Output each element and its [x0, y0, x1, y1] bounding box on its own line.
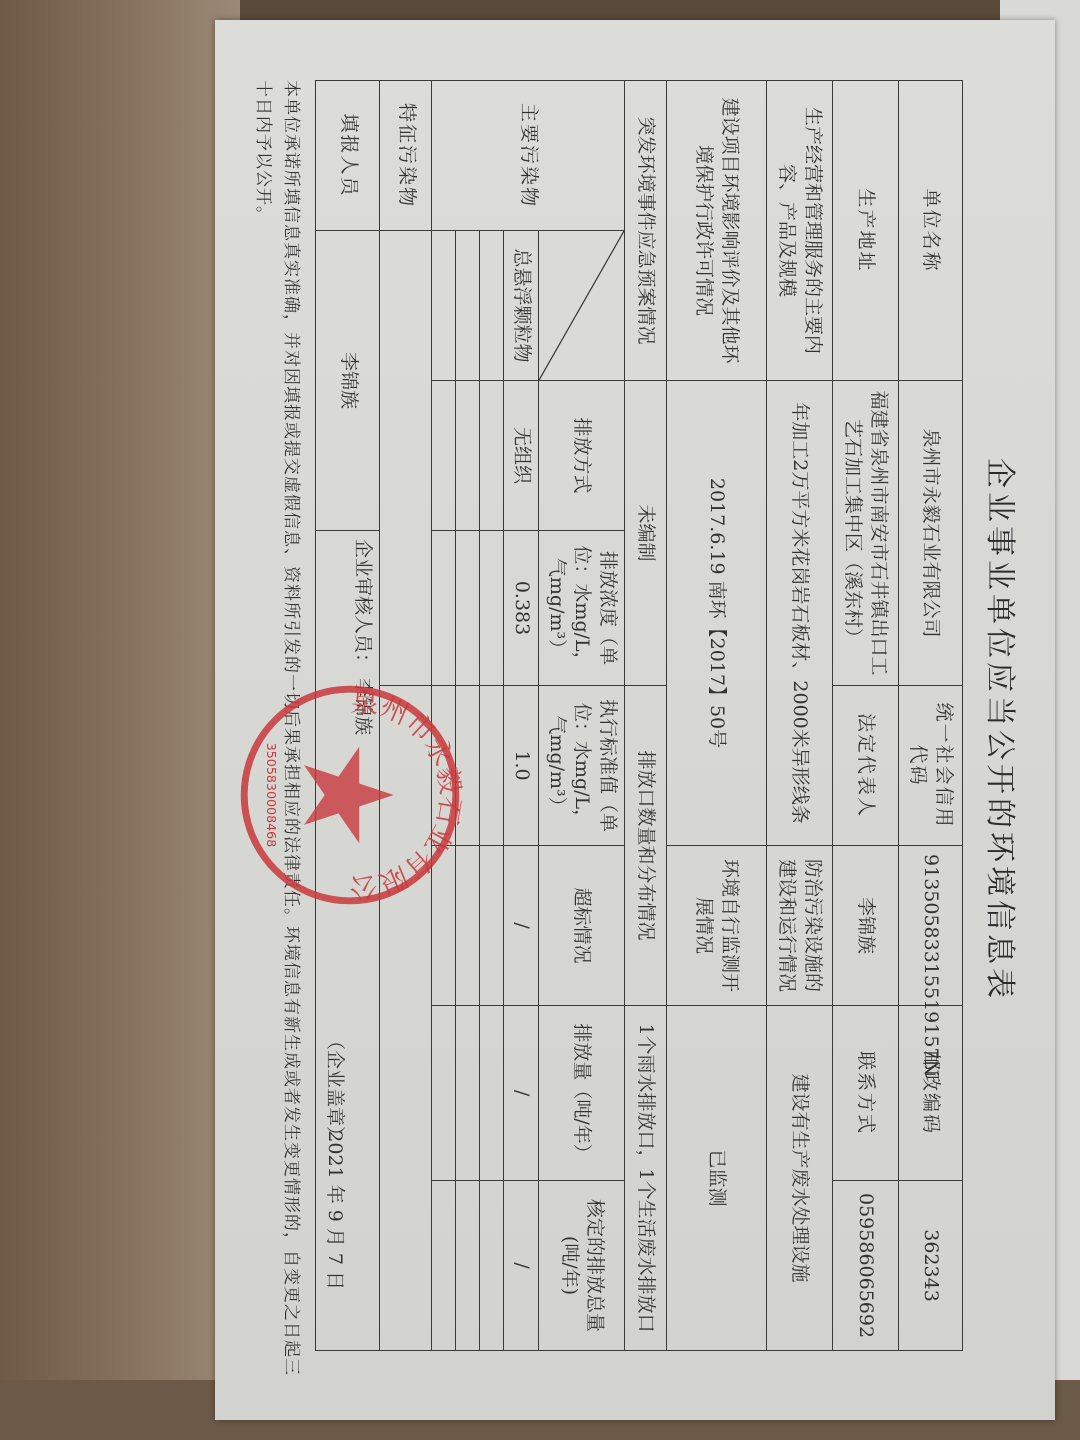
- row-unit: 单位名称 泉州市永毅石业有限公司 统一社会信用代码 91350583315519…: [899, 81, 963, 1351]
- pollutant-approved: /: [504, 1181, 539, 1351]
- emergency-value: 未编制: [625, 381, 667, 686]
- pollutant-exceed: /: [504, 846, 539, 1006]
- address-label: 生产地址: [833, 81, 899, 381]
- header-concentration: 排放浓度（单位：水mg/L，气mg/m³）: [539, 531, 625, 686]
- products-label: 生产经营和管理服务的主要内容、产品及规模: [767, 81, 833, 381]
- unit-name-label: 单位名称: [899, 81, 963, 381]
- eia-value: 2017.6.19 南环【2017】50号: [667, 381, 767, 846]
- pollutant-row: 总悬浮颗粒物 无组织 0.383 1.0 / / /: [504, 81, 539, 1351]
- eia-label: 建设项目环境影响评价及其他环境保护行政许可情况: [667, 81, 767, 381]
- contact-value: 05958606​5692: [833, 1181, 899, 1351]
- seal-number: 3505830008468: [264, 743, 279, 848]
- pollutant-name: 总悬浮颗粒物: [504, 231, 539, 381]
- pollutant-amount: /: [504, 1006, 539, 1181]
- pollutant-concentration: 0.383: [504, 531, 539, 686]
- postal-value: 362343: [899, 1181, 963, 1351]
- background-table-surface: [0, 0, 240, 1440]
- seal-label: （企业盖章）: [322, 1031, 348, 1145]
- header-amount: 排放量（吨/年）: [539, 1006, 625, 1181]
- company-seal-icon: 泉州市永毅石业有限公司 3505830008468: [235, 680, 465, 910]
- facility-value: 建设有生产废水处理设施: [767, 1006, 833, 1351]
- products-value: 年加工2万平方米花岗岩石板材、2000米异形线条: [767, 381, 833, 846]
- diagonal-header-cell: [539, 231, 625, 381]
- row-products: 生产经营和管理服务的主要内容、产品及规模 年加工2万平方米花岗岩石板材、2000…: [767, 81, 833, 1351]
- row-pollutant-headers: 主要污染物 排放方式 排放浓度（单位：水mg/L，气mg/m³） 执行标准值（单…: [539, 81, 625, 1351]
- contact-label: 联系方式: [833, 1006, 899, 1181]
- diagonal-line-icon: [539, 231, 624, 380]
- form-title: 企业事业单位应当公开的环境信息表: [985, 80, 1025, 1380]
- header-approved: 核定的排放总量(吨/年): [539, 1181, 625, 1351]
- legal-rep-label: 法定代表人: [833, 686, 899, 846]
- filler-label: 填报人员: [316, 81, 380, 231]
- filler-value: 李锦族: [316, 231, 380, 531]
- row-eia: 建设项目环境影响评价及其他环境保护行政许可情况 2017.6.19 南环【201…: [667, 81, 767, 1351]
- empty-row: [480, 81, 504, 1351]
- emergency-label: 突发环境事件应急预案情况: [625, 81, 667, 381]
- row-emergency: 突发环境事件应急预案情况 未编制 排放口数量和分布情况 1个雨水排放口，1个生活…: [625, 81, 667, 1351]
- review-cell: 企业审核人员： 李锦族 （企业盖章） 2021 年 9 月 7 日: [316, 531, 380, 1351]
- pollutant-standard: 1.0: [504, 686, 539, 846]
- facility-label: 防治污染设施的建设和运行情况: [767, 846, 833, 1006]
- monitoring-value: 已监测: [667, 1006, 767, 1351]
- legal-rep-value: 李锦族: [833, 846, 899, 1006]
- outlet-label: 排放口数量和分布情况: [625, 686, 667, 1006]
- outlet-value: 1个雨水排放口，1个生活废水排放口: [625, 1006, 667, 1351]
- reviewer-label: 企业审核人员：: [352, 539, 374, 672]
- environmental-info-form: 企业事业单位应当公开的环境信息表 单位名称 泉州市永毅石业有限公司 统一社会信用…: [215, 80, 1025, 1380]
- credit-code-label: 统一社会信用代码: [899, 686, 963, 846]
- main-pollutant-label: 主要污染物: [432, 81, 625, 231]
- row-address: 生产地址 福建省泉州市南安市石井镇出口工艺石加工集中区（溪东村） 法定代表人 李…: [833, 81, 899, 1351]
- feature-pollutant-label: 特征污染物: [380, 81, 432, 231]
- pollutant-mode: 无组织: [504, 381, 539, 531]
- header-standard: 执行标准值（单位：水mg/L，气mg/m³）: [539, 686, 625, 846]
- unit-name-value: 泉州市永毅石业有限公司: [899, 381, 963, 686]
- monitoring-label: 环境自行监测开展情况: [667, 846, 767, 1006]
- header-exceed: 超标情况: [539, 846, 625, 1006]
- header-mode: 排放方式: [539, 381, 625, 531]
- address-value: 福建省泉州市南安市石井镇出口工艺石加工集中区（溪东村）: [833, 381, 899, 686]
- credit-code-value: 91350583315519157N: [899, 846, 963, 1006]
- date: 2021 年 9 月 7 日: [322, 1130, 348, 1290]
